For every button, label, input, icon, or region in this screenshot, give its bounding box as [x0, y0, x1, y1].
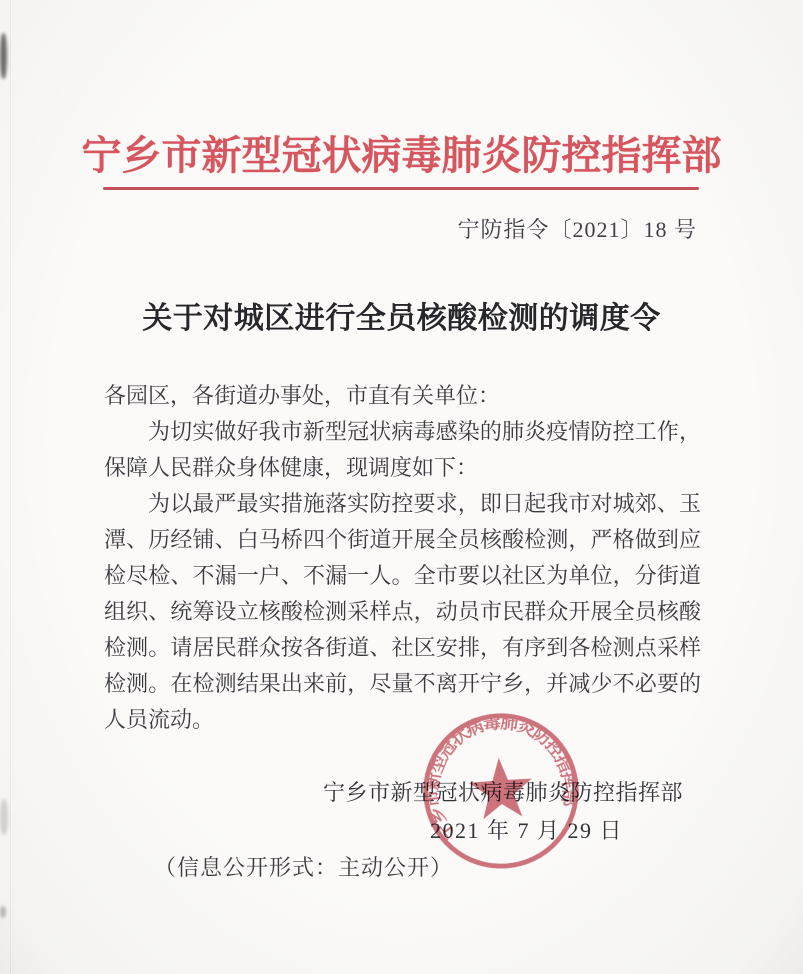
document-number: 宁防指令〔2021〕18 号 [457, 213, 697, 244]
scan-artifact [0, 33, 7, 79]
red-header-org-name: 宁乡市新型冠状病毒肺炎防控指挥部 [0, 124, 803, 181]
body-paragraph-2: 为以最严最实措施落实防控要求，即日起我市对城郊、玉潭、历经铺、白马桥四个街道开展… [104, 486, 701, 738]
seal-star-icon [467, 756, 534, 820]
document-title: 关于对城区进行全员核酸检测的调度令 [0, 293, 803, 337]
disclosure-note: （信息公开形式：主动公开） [154, 851, 453, 882]
scan-artifact [0, 906, 6, 918]
salutation-line: 各园区，各街道办事处，市直有关单位： [104, 378, 701, 414]
document-body: 各园区，各街道办事处，市直有关单位： 为切实做好我市新型冠状病毒感染的肺炎疫情防… [104, 378, 701, 738]
body-paragraph-1: 为切实做好我市新型冠状病毒感染的肺炎疫情防控工作，保障人民群众身体健康，现调度如… [104, 414, 701, 486]
scan-artifact [0, 799, 8, 835]
official-document-page: 宁乡市新型冠状病毒肺炎防控指挥部 宁防指令〔2021〕18 号 关于对城区进行全… [0, 0, 803, 974]
red-divider-line [103, 187, 699, 190]
official-seal-stamp: 宁乡市新型冠状病毒肺炎防控指挥部 [412, 702, 589, 879]
